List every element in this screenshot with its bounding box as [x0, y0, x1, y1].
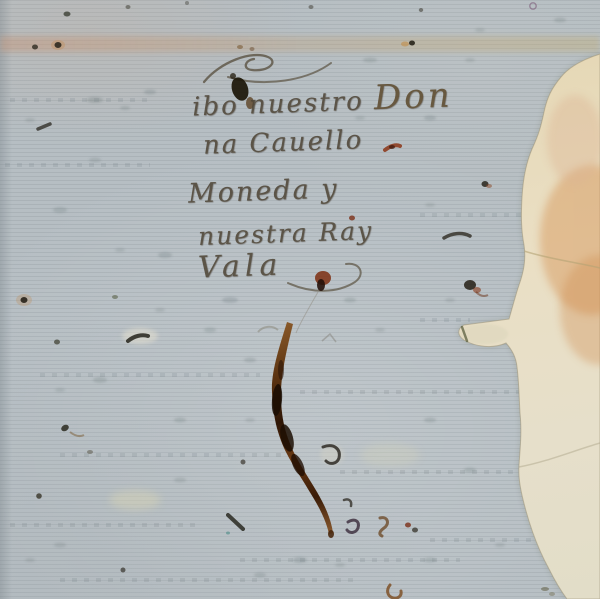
- handwriting-line-4: nuestra Ray: [198, 216, 374, 251]
- paraph-flourish: [204, 55, 331, 82]
- parchment-patch: [459, 54, 600, 599]
- red-ink-dash: [385, 145, 400, 150]
- large-ink-stroke: [258, 322, 334, 538]
- flourish-knot: [315, 271, 331, 291]
- handwriting-line-5: Vala: [197, 248, 282, 286]
- line1-prefix: ibo nuestro: [192, 87, 365, 123]
- connecting-hairline: [296, 292, 318, 333]
- pale-patches: [109, 328, 420, 510]
- manuscript-photo: ibo nuestro Don na Cauello Moneda y nues…: [0, 0, 600, 599]
- handwriting-line-3: Moneda y: [188, 173, 339, 209]
- line1-emphasis: Don: [373, 75, 453, 118]
- handwriting-line-2: na Cauello: [203, 125, 364, 161]
